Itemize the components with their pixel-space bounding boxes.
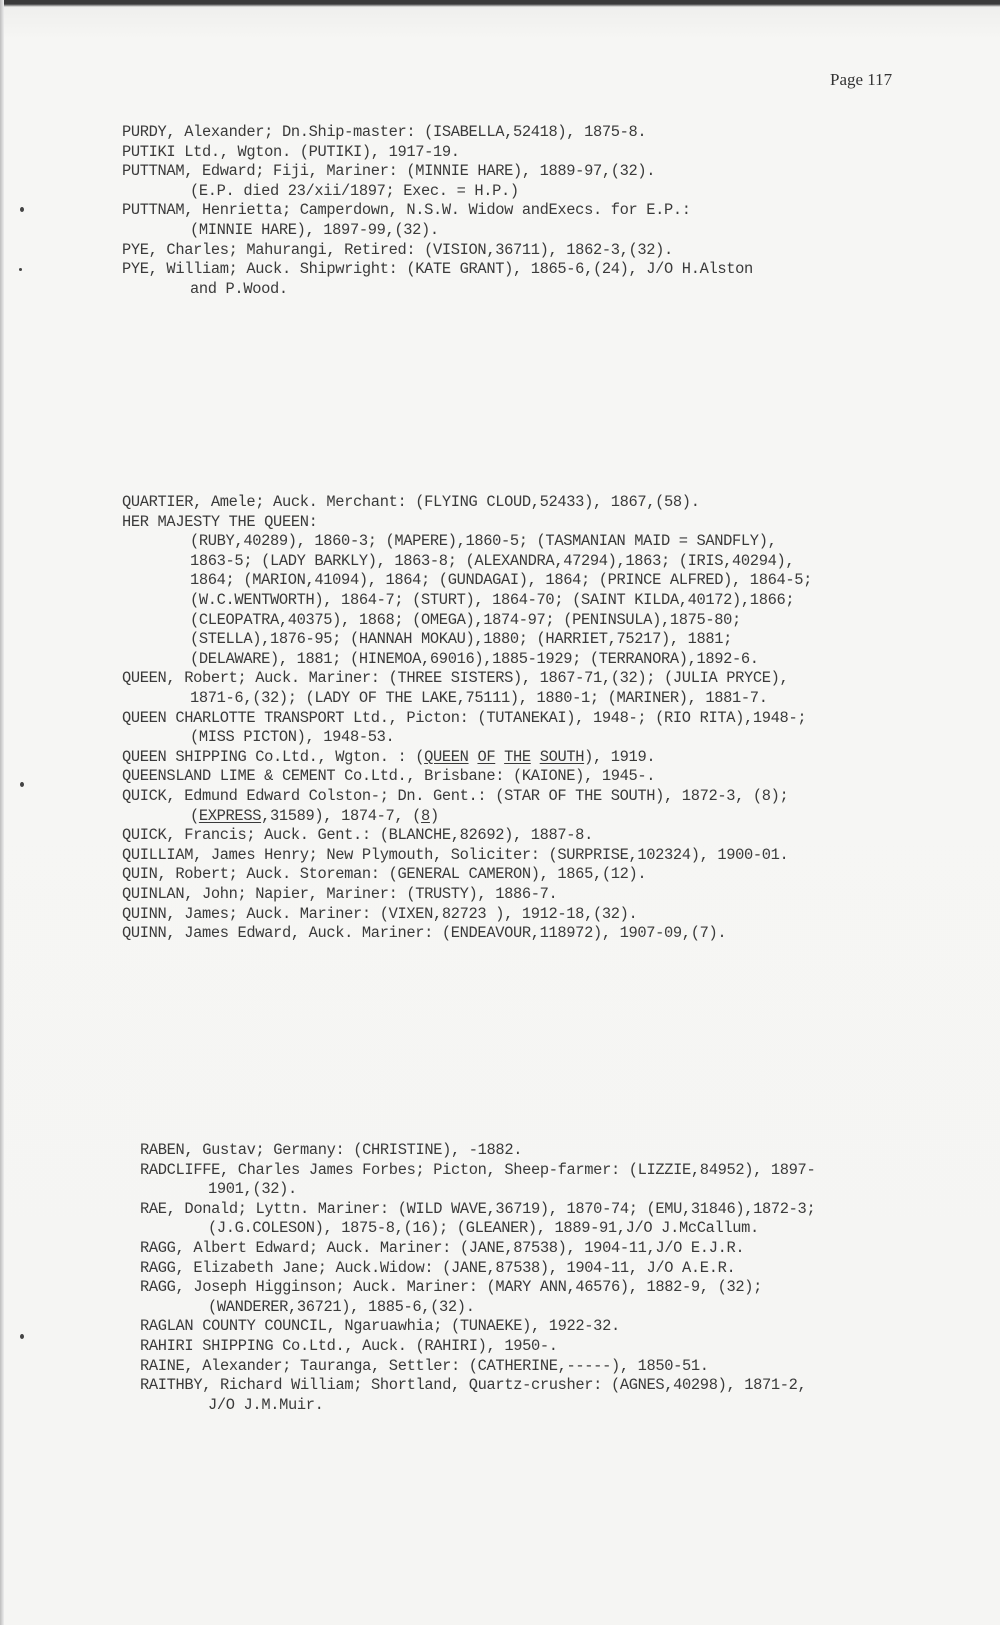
margin-punch-mark — [20, 1334, 24, 1339]
register-entry: QUINN, James; Auck. Mariner: (VIXEN,8272… — [122, 904, 637, 924]
register-entry: QUICK, Edmund Edward Colston-; Dn. Gent.… — [122, 786, 788, 806]
register-entry: QUINLAN, John; Napier, Mariner: (TRUSTY)… — [122, 884, 557, 904]
register-entry: RAITHBY, Richard William; Shortland, Qua… — [140, 1375, 806, 1395]
page-number: Page 117 — [830, 70, 892, 90]
register-entry-continuation: and P.Wood. — [190, 279, 288, 299]
register-entry-continuation: (STELLA),1876-95; (HANNAH MOKAU),1880; (… — [190, 629, 732, 649]
register-entry: RADCLIFFE, Charles James Forbes; Picton,… — [140, 1160, 815, 1180]
margin-punch-mark — [19, 268, 22, 271]
register-entry: QUICK, Francis; Auck. Gent.: (BLANCHE,82… — [122, 825, 593, 845]
underlined-vessel-name: EXPRESS — [199, 807, 261, 825]
register-entry-continuation: (J.G.COLESON), 1875-8,(16); (GLEANER), 1… — [208, 1218, 759, 1238]
register-entry: QUEEN SHIPPING Co.Ltd., Wgton. : (QUEEN … — [122, 747, 655, 767]
register-entry-continuation: (MISS PICTON), 1948-53. — [190, 727, 394, 747]
register-entry-continuation: (W.C.WENTWORTH), 1864-7; (STURT), 1864-7… — [190, 590, 794, 610]
document-page: Page 117 PURDY, Alexander; Dn.Ship-maste… — [0, 0, 1000, 1625]
register-entry: RAHIRI SHIPPING Co.Ltd., Auck. (RAHIRI),… — [140, 1336, 558, 1356]
register-entry-continuation: J/O J.M.Muir. — [208, 1395, 324, 1415]
margin-punch-mark — [20, 782, 24, 787]
register-entry: RAGG, Albert Edward; Auck. Mariner: (JAN… — [140, 1238, 744, 1258]
register-entry: PUTIKI Ltd., Wgton. (PUTIKI), 1917-19. — [122, 142, 460, 162]
register-entry: QUARTIER, Amele; Auck. Merchant: (FLYING… — [122, 492, 700, 512]
register-entry: PUTTNAM, Henrietta; Camperdown, N.S.W. W… — [122, 200, 691, 220]
register-entry: QUEEN CHARLOTTE TRANSPORT Ltd., Picton: … — [122, 708, 806, 728]
register-entry-continuation: (MINNIE HARE), 1897-99,(32). — [190, 220, 439, 240]
underlined-vessel-word: OF — [477, 748, 495, 766]
register-entry-continuation: 1864; (MARION,41094), 1864; (GUNDAGAI), … — [190, 570, 812, 590]
register-entry: QUILLIAM, James Henry; New Plymouth, Sol… — [122, 845, 788, 865]
register-entry: PURDY, Alexander; Dn.Ship-master: (ISABE… — [122, 122, 646, 142]
register-entry-continuation: (E.P. died 23/xii/1897; Exec. = H.P.) — [190, 181, 519, 201]
register-entry-continuation: (CLEOPATRA,40375), 1868; (OMEGA),1874-97… — [190, 610, 741, 630]
register-entry: HER MAJESTY THE QUEEN: — [122, 512, 318, 532]
register-entry: QUEEN, Robert; Auck. Mariner: (THREE SIS… — [122, 668, 788, 688]
underlined-vessel-word: QUEEN — [424, 748, 468, 766]
register-entry: QUINN, James Edward, Auck. Mariner: (END… — [122, 923, 726, 943]
register-entry-continuation: 1863-5; (LADY BARKLY), 1863-8; (ALEXANDR… — [190, 551, 794, 571]
register-entry: RABEN, Gustav; Germany: (CHRISTINE), -18… — [140, 1140, 522, 1160]
register-entry-continuation: 1901,(32). — [208, 1179, 297, 1199]
register-entry: QUEENSLAND LIME & CEMENT Co.Ltd., Brisba… — [122, 766, 655, 786]
margin-punch-mark — [20, 207, 24, 212]
underlined-reference: 8 — [421, 807, 430, 825]
register-entry-continuation: 1871-6,(32); (LADY OF THE LAKE,75111), 1… — [190, 688, 768, 708]
register-entry: PYE, Charles; Mahurangi, Retired: (VISIO… — [122, 240, 673, 260]
underlined-vessel-word: THE — [504, 748, 531, 766]
register-entry-continuation: (EXPRESS,31589), 1874-7, (8) — [190, 806, 439, 826]
register-entry: RAGG, Joseph Higginson; Auck. Mariner: (… — [140, 1277, 762, 1297]
register-entry: RAINE, Alexander; Tauranga, Settler: (CA… — [140, 1356, 709, 1376]
register-entry: RAGG, Elizabeth Jane; Auck.Widow: (JANE,… — [140, 1258, 735, 1278]
register-entry-continuation: (DELAWARE), 1881; (HINEMOA,69016),1885-1… — [190, 649, 759, 669]
register-entry: QUIN, Robert; Auck. Storeman: (GENERAL C… — [122, 864, 646, 884]
register-entry-continuation: (RUBY,40289), 1860-3; (MAPERE),1860-5; (… — [190, 531, 776, 551]
register-entry-continuation: (WANDERER,36721), 1885-6,(32). — [208, 1297, 475, 1317]
register-entry: PYE, William; Auck. Shipwright: (KATE GR… — [122, 259, 753, 279]
register-entry: RAE, Donald; Lyttn. Mariner: (WILD WAVE,… — [140, 1199, 815, 1219]
underlined-vessel-word: SOUTH — [540, 748, 584, 766]
register-entry: RAGLAN COUNTY COUNCIL, Ngaruawhia; (TUNA… — [140, 1316, 620, 1336]
register-entry: PUTTNAM, Edward; Fiji, Mariner: (MINNIE … — [122, 161, 655, 181]
